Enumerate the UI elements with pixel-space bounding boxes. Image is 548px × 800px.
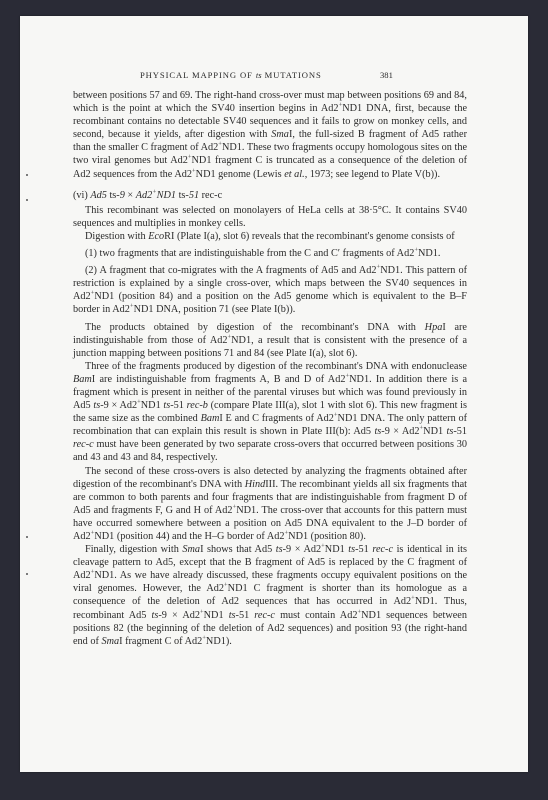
paragraph: This recombinant was selected on monolay…	[73, 204, 467, 230]
body-text: between positions 57 and 69. The right-h…	[73, 89, 467, 648]
page-number: 381	[380, 70, 393, 80]
list-item: (1) two fragments that are indistinguish…	[73, 247, 467, 260]
paragraph: Digestion with EcoRI (Plate I(a), slot 6…	[73, 230, 467, 243]
margin-mark	[26, 199, 28, 201]
paragraph: The products obtained by digestion of th…	[73, 321, 467, 360]
paragraph: Finally, digestion with SmaI shows that …	[73, 543, 467, 648]
running-header: PHYSICAL MAPPING OF ts MUTATIONS 381	[20, 70, 528, 84]
document-page: PHYSICAL MAPPING OF ts MUTATIONS 381 bet…	[20, 16, 528, 772]
paragraph: Three of the fragments produced by diges…	[73, 360, 467, 465]
margin-mark	[26, 174, 28, 176]
section-heading: (vi) Ad5 ts-9 × Ad2+ND1 ts-51 rec-c	[73, 189, 467, 202]
paragraph: The second of these cross-overs is also …	[73, 465, 467, 544]
running-title: PHYSICAL MAPPING OF ts MUTATIONS	[140, 70, 322, 80]
margin-mark	[26, 536, 28, 538]
running-title-suffix: MUTATIONS	[262, 70, 322, 80]
list-item: (2) A fragment that co-migrates with the…	[73, 264, 467, 316]
paragraph: between positions 57 and 69. The right-h…	[73, 89, 467, 181]
margin-mark	[26, 573, 28, 575]
running-title-prefix: PHYSICAL MAPPING OF	[140, 70, 256, 80]
